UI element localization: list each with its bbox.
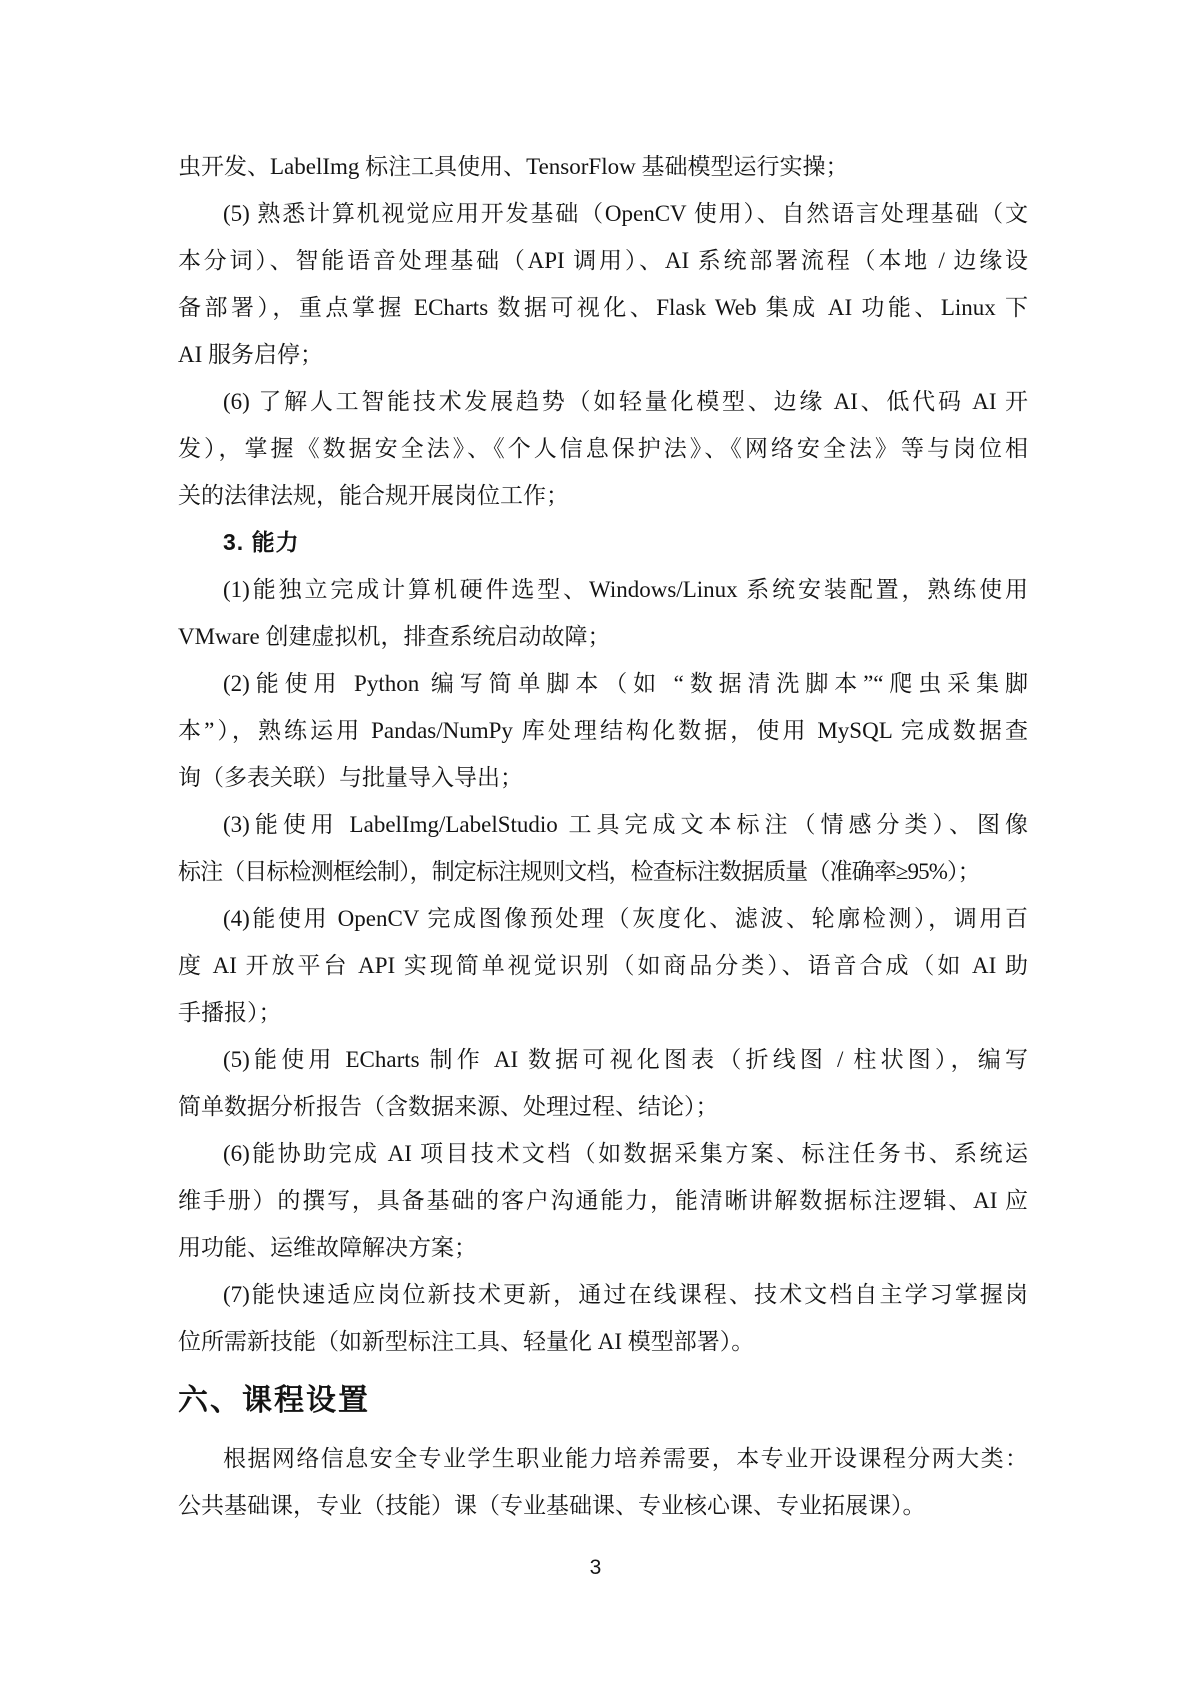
text-line: 根据网络信息安全专业学生职业能力培养需要，本专业开设课程分两大类：: [178, 1435, 1028, 1482]
text-line: (6)能协助完成 AI 项目技术文档（如数据采集方案、标注任务书、系统运: [178, 1130, 1028, 1177]
text-line: 简单数据分析报告（含数据来源、处理过程、结论）；: [178, 1083, 1028, 1130]
sub-heading: 3. 能力: [178, 519, 1028, 566]
text-line: 备部署），重点掌握 ECharts 数据可视化、Flask Web 集成 AI …: [178, 284, 1028, 331]
text-line: (5)能使用 ECharts 制作 AI 数据可视化图表（折线图 / 柱状图），…: [178, 1036, 1028, 1083]
document-body: 虫开发、LabelImg 标注工具使用、TensorFlow 基础模型运行实操；…: [178, 143, 1028, 1529]
text-line: 手播报）；: [178, 989, 1028, 1036]
page-number: 3: [0, 1556, 1191, 1580]
text-line: 标注（目标检测框绘制），制定标注规则文档，检查标注数据质量（准确率≥95%）；: [178, 848, 1028, 895]
text-line: 本分词）、智能语音处理基础（API 调用）、AI 系统部署流程（本地 / 边缘设: [178, 237, 1028, 284]
text-line: VMware 创建虚拟机，排查系统启动故障；: [178, 613, 1028, 660]
text-line: (5) 熟悉计算机视觉应用开发基础（OpenCV 使用）、自然语言处理基础（文: [178, 190, 1028, 237]
text-line: 用功能、运维故障解决方案；: [178, 1224, 1028, 1271]
document-page: 虫开发、LabelImg 标注工具使用、TensorFlow 基础模型运行实操；…: [0, 0, 1191, 1684]
text-line: 公共基础课，专业（技能）课（专业基础课、专业核心课、专业拓展课）。: [178, 1482, 1028, 1529]
text-line: 维手册）的撰写，具备基础的客户沟通能力，能清晰讲解数据标注逻辑、AI 应: [178, 1177, 1028, 1224]
text-line: (2)能使用 Python 编写简单脚本（如 “数据清洗脚本”“爬虫采集脚: [178, 660, 1028, 707]
text-line: AI 服务启停；: [178, 331, 1028, 378]
text-line: 发），掌握《数据安全法》、《个人信息保护法》、《网络安全法》等与岗位相: [178, 425, 1028, 472]
text-line: (6) 了解人工智能技术发展趋势（如轻量化模型、边缘 AI、低代码 AI 开: [178, 378, 1028, 425]
text-line: (1)能独立完成计算机硬件选型、Windows/Linux 系统安装配置，熟练使…: [178, 566, 1028, 613]
text-line: 关的法律法规，能合规开展岗位工作；: [178, 472, 1028, 519]
text-line: 度 AI 开放平台 API 实现简单视觉识别（如商品分类）、语音合成（如 AI …: [178, 942, 1028, 989]
text-line: (7)能快速适应岗位新技术更新，通过在线课程、技术文档自主学习掌握岗: [178, 1271, 1028, 1318]
section-heading: 六、课程设置: [178, 1373, 1028, 1429]
text-line: (4)能使用 OpenCV 完成图像预处理（灰度化、滤波、轮廓检测），调用百: [178, 895, 1028, 942]
text-line: 位所需新技能（如新型标注工具、轻量化 AI 模型部署）。: [178, 1318, 1028, 1365]
text-line: 询（多表关联）与批量导入导出；: [178, 754, 1028, 801]
text-line: (3)能使用 LabelImg/LabelStudio 工具完成文本标注（情感分…: [178, 801, 1028, 848]
text-line: 虫开发、LabelImg 标注工具使用、TensorFlow 基础模型运行实操；: [178, 143, 1028, 190]
text-line: 本”），熟练运用 Pandas/NumPy 库处理结构化数据，使用 MySQL …: [178, 707, 1028, 754]
